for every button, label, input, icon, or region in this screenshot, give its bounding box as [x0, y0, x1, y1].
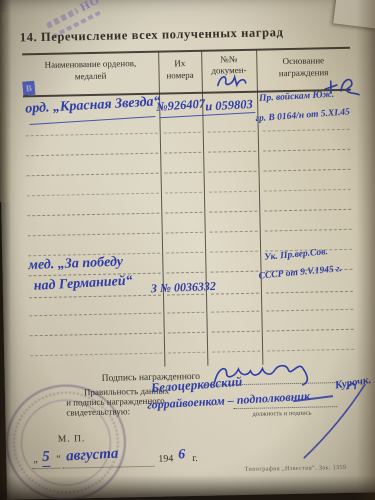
table-row-line [212, 351, 260, 353]
table-row-line [265, 229, 352, 232]
table-row-line [211, 271, 259, 273]
scanned-award-card-photo: НО В 14. Перечисление всех полученных на… [0, 0, 375, 500]
col-header-numbers: Их номера [159, 58, 200, 82]
table-row-line [165, 212, 202, 214]
table-row-line [212, 331, 260, 333]
table-row-line [165, 192, 202, 194]
table-row-line [27, 213, 159, 217]
entry2-basis-line2: СССР от 9.V.1945 г. [258, 264, 342, 281]
date-year-suffix: г. [192, 453, 198, 464]
table-row-line [263, 149, 350, 152]
round-seal-stamp [5, 383, 127, 500]
table-top-rule [22, 47, 350, 56]
table-row-line [27, 173, 159, 177]
table-row-line [208, 131, 256, 133]
table-row-line [267, 349, 354, 352]
table-row-line [167, 272, 204, 274]
table-row-line [168, 332, 205, 334]
entry2-doc-number: З № 0036332 [151, 279, 217, 296]
table-row-line [266, 309, 353, 312]
entry1-award-name: орд. „Красная Звезда“ [25, 94, 161, 117]
col-header-awards: Наименование орденов, медалей [24, 58, 156, 84]
table-row-line [164, 132, 201, 134]
table-row-line [263, 129, 350, 132]
table-row-line [209, 191, 257, 193]
table-row-line [26, 133, 158, 137]
paper-card: НО В 14. Перечисление всех полученных на… [0, 0, 375, 500]
entry1-name-underline [30, 116, 156, 125]
entry2-award-name-line1: мед. „За победу [28, 255, 123, 275]
table-row-line [167, 312, 204, 314]
table-row-line [30, 333, 162, 337]
table-row-line [168, 352, 205, 354]
entry1-basis-line1: Пр. войскам Юж. [259, 90, 334, 104]
date-year-prefix: 194 [158, 453, 173, 464]
table-row-line [165, 172, 202, 174]
table-row-line [27, 193, 159, 197]
table-row-line [210, 251, 258, 253]
table-row-line [166, 232, 203, 234]
table-row-line [30, 353, 162, 357]
entry1-order-number: №926407 [156, 96, 206, 115]
table-row-line [26, 153, 158, 157]
table-row-line [211, 311, 259, 313]
print-shop-footer: Типография „Известия“. Зак. 1359 [244, 464, 346, 473]
table-row-line [29, 295, 161, 299]
entry1-basis-line2: гр. В 0164/н от 5.XI.45 [255, 107, 350, 124]
header-ink-scribble [215, 72, 249, 91]
table-row-line [209, 171, 257, 173]
table-row-line [210, 231, 258, 233]
table-row-line [264, 209, 351, 212]
table-row-line [264, 189, 351, 192]
table-row-line [208, 151, 256, 153]
table-row-line [264, 169, 351, 172]
table-row-line [166, 252, 203, 254]
table-row-line [211, 293, 259, 295]
date-year-digit-handwritten: 6 [178, 447, 185, 463]
table-row-line [28, 233, 160, 237]
table-row-line [267, 329, 354, 332]
table-row-line [164, 152, 201, 154]
entry2-award-name-line2: над Германией“ [33, 273, 133, 294]
table-row-line [266, 291, 353, 294]
table-row-line [209, 211, 257, 213]
table-row-line [29, 313, 161, 317]
certifier-signature-flourish [287, 380, 375, 462]
